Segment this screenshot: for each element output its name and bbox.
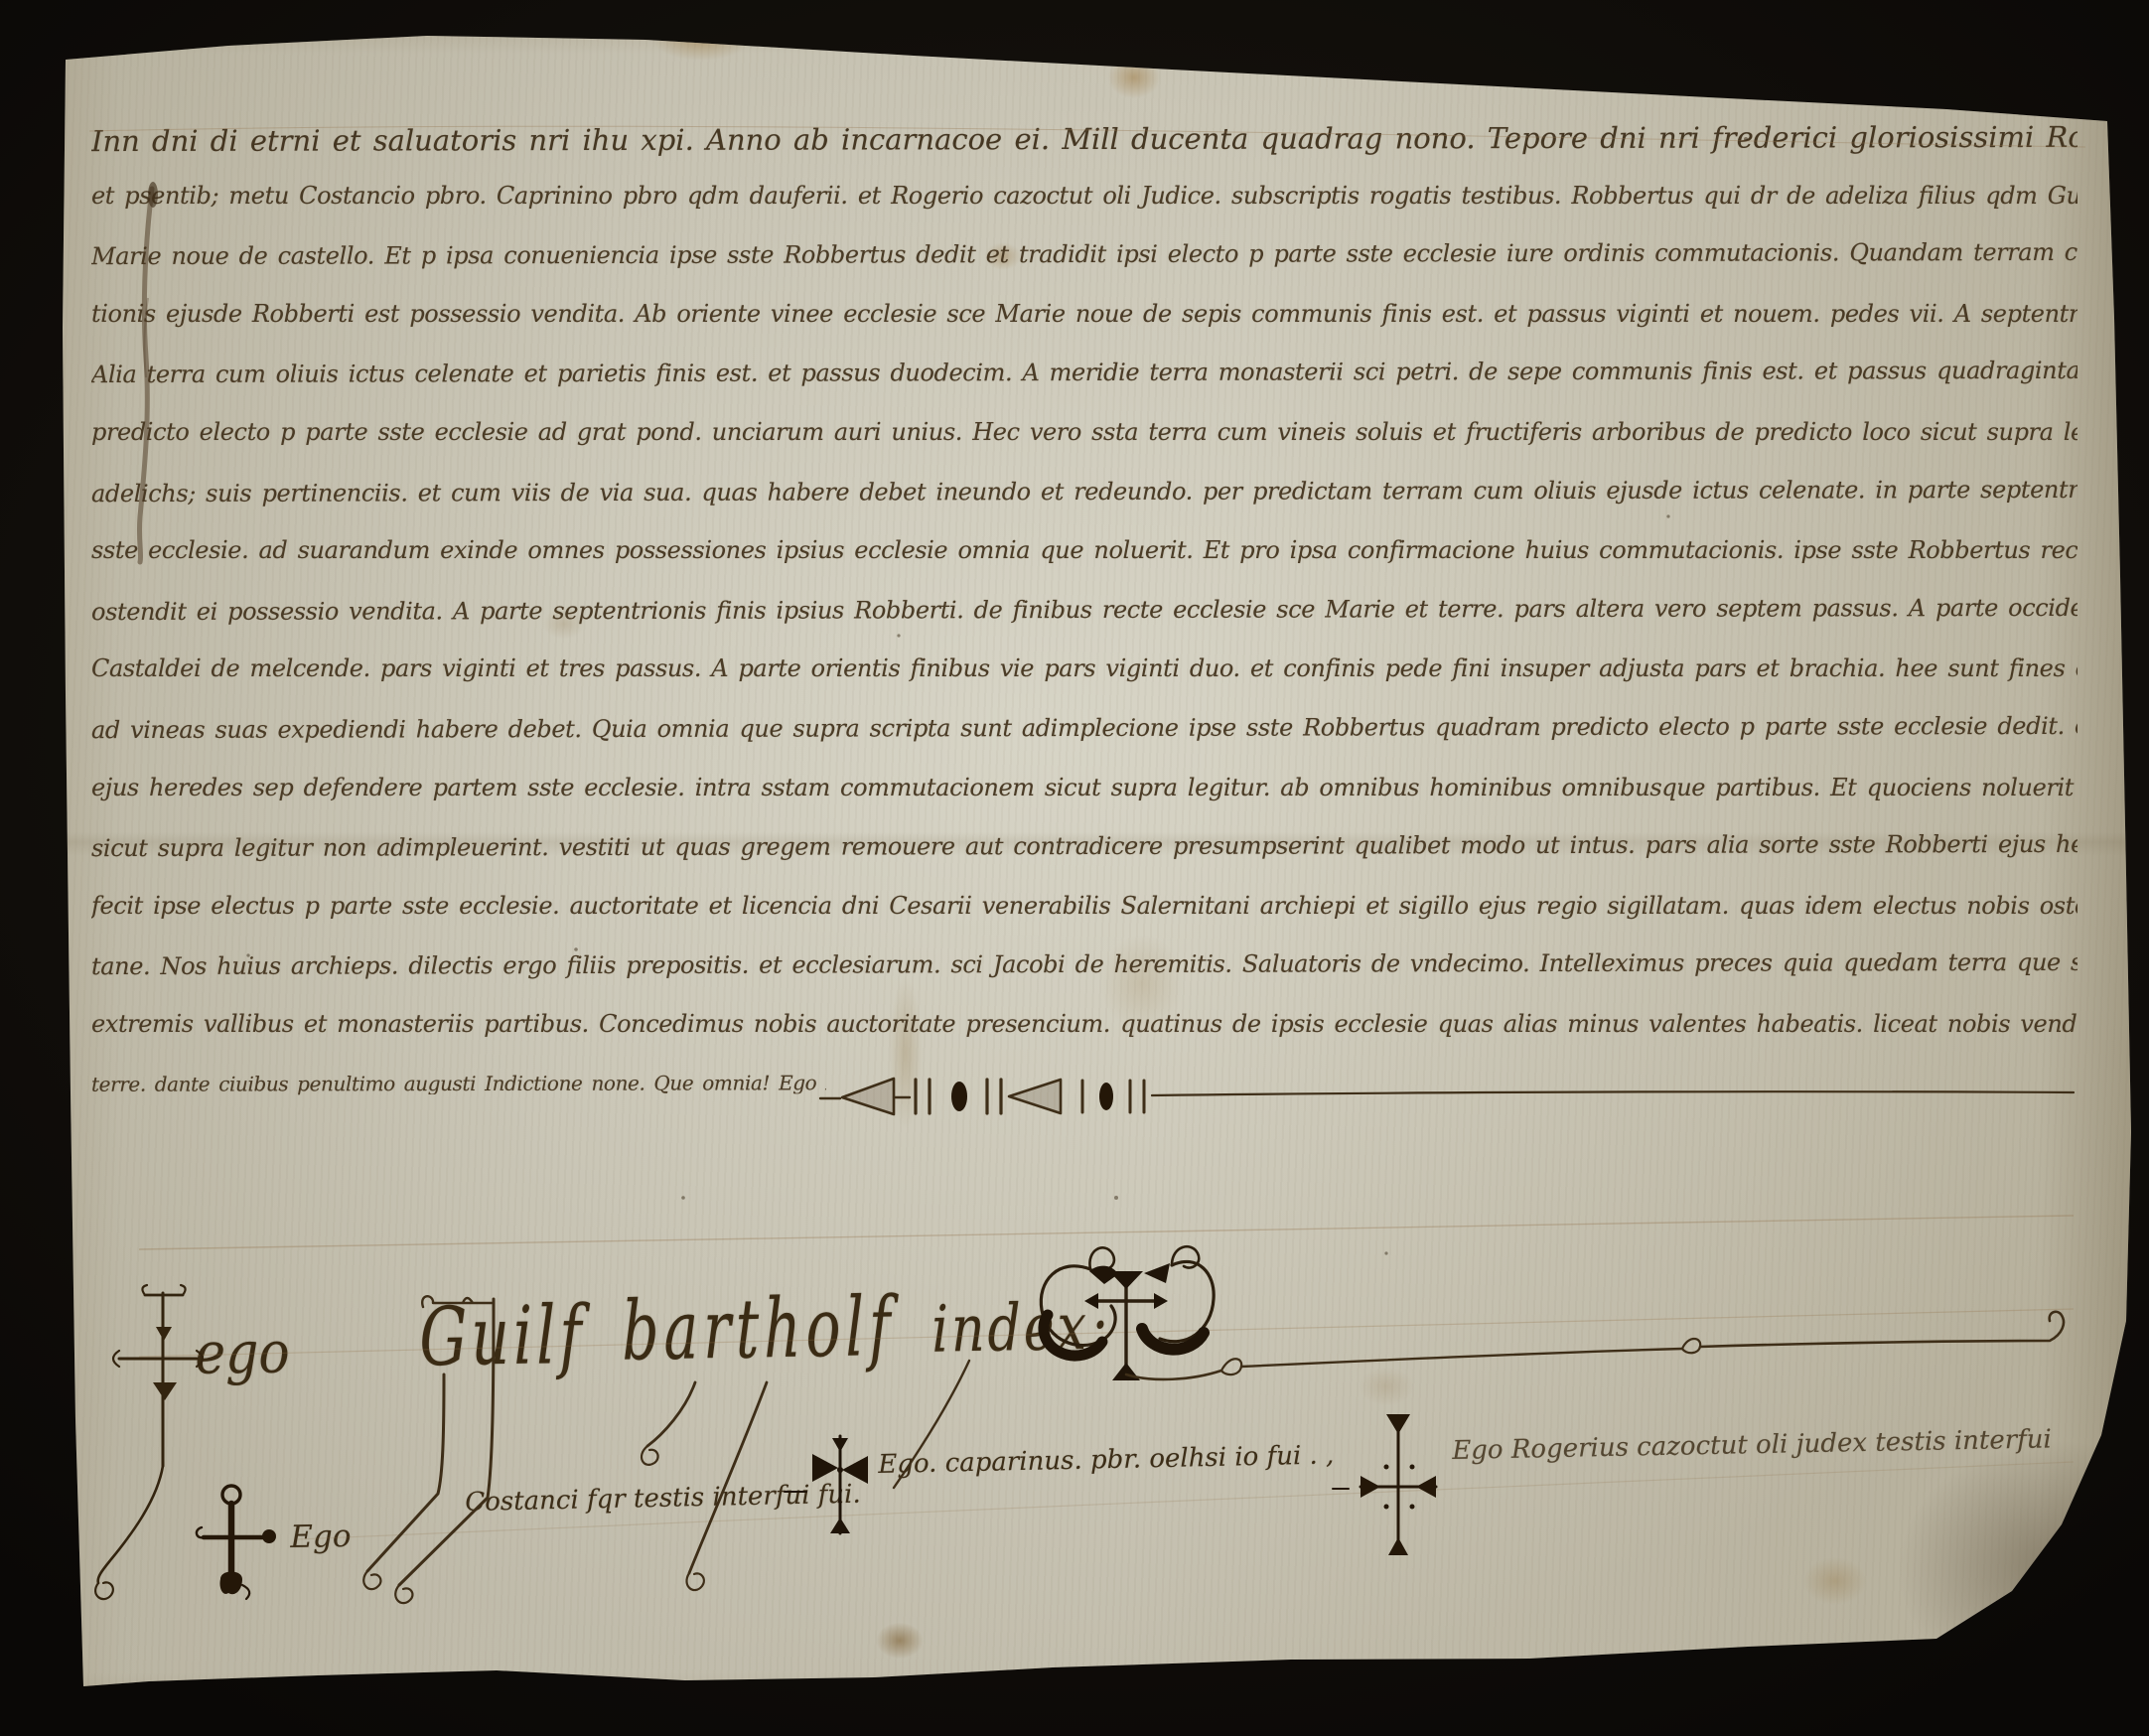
charter-text-line: Castaldei de melcende. pars viginti et t… [91,655,2077,683]
signature-word-ego: ego [195,1320,290,1387]
witness-ego: Ego [290,1519,352,1555]
signature-word-name: Guilf [419,1289,586,1385]
charter-text-line: Alia terra cum oliuis ictus celenate et … [91,358,2077,389]
charter-text-line: predicto electo p parte sste ecclesie ad… [91,419,2077,447]
charter-text-line: ejus heredes sep defendere partem sste e… [91,775,2077,802]
signature-word-title: index; [931,1290,1110,1368]
charter-text-block: Inn dni di etrni et saluatoris nri ihu x… [91,0,2077,1122]
charter-text-line: sicut supra legitur non adimpleuerint. v… [91,831,2077,863]
charter-text-line: sste ecclesie. ad suarandum exinde omnes… [91,537,2077,565]
charter-text-line: extremis vallibus et monasteriis partibu… [91,1011,2077,1039]
charter-text-line: et psentib; metu Costancio pbro. Caprini… [91,183,2077,211]
charter-text-line: Marie noue de castello. Et p ipsa conuen… [91,239,2077,271]
charter-text-line: Inn dni di etrni et saluatoris nri ihu x… [91,121,2077,159]
charter-text-line: ostendit ei possessio vendita. A parte s… [91,595,2077,627]
charter-text-line: fecit ipse electus p parte sste ecclesie… [91,893,2077,921]
charter-text-line: adelichs; suis pertinenciis. et cum viis… [91,477,2077,508]
charter-text-line: tane. Nos huius archieps. dilectis ergo … [91,949,2077,981]
photo-backdrop: Inn dni di etrni et saluatoris nri ihu x… [0,0,2149,1736]
notary-subscription-line: terre. dante ciuibus penultimo augusti I… [91,1072,826,1095]
charter-text-line: ad vineas suas expediendi habere debet. … [91,713,2077,745]
charter-text-line: tionis ejusde Robberti est possessio ven… [91,301,2077,329]
signature-word-surname: bartholf [622,1278,896,1378]
